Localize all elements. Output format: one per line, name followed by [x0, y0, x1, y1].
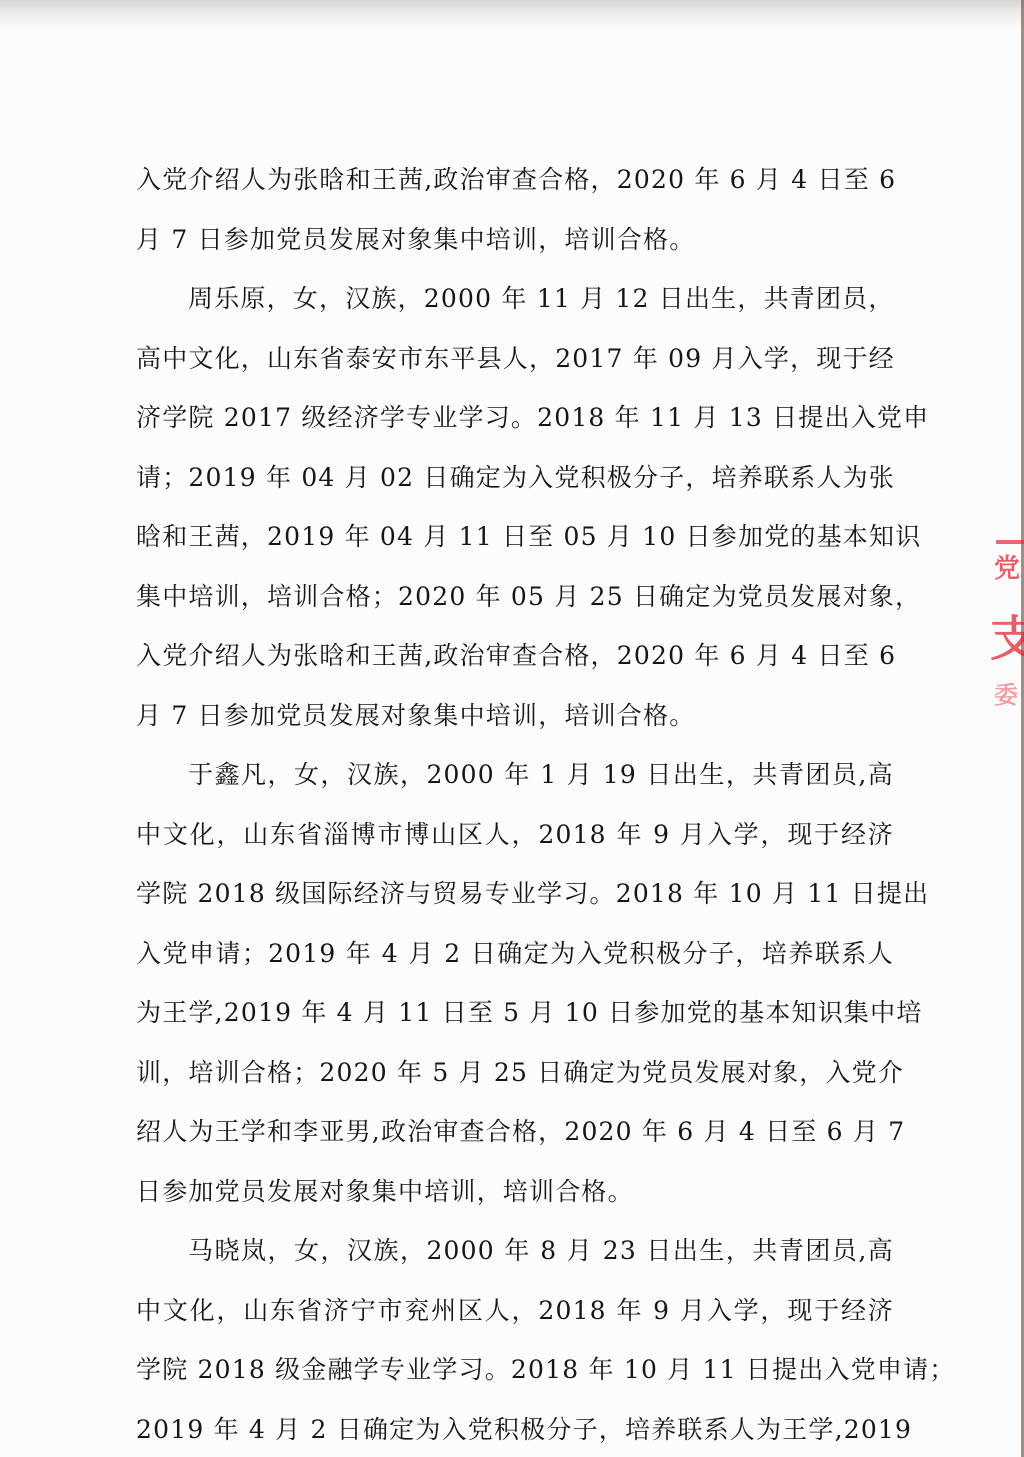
- text-line: 晗和王茜，2019 年 04 月 11 日至 05 月 10 日参加党的基本知识: [136, 507, 894, 567]
- text-line: 月 7 日参加党员发展对象集中培训，培训合格。: [136, 686, 894, 746]
- text-line: 入党介绍人为张晗和王茜,政治审查合格，2020 年 6 月 4 日至 6: [136, 150, 894, 210]
- text-line: 高中文化，山东省泰安市东平县人，2017 年 09 月入学，现于经: [136, 329, 894, 389]
- scan-top-shadow: [0, 0, 1024, 30]
- text-line: 集中培训，培训合格；2020 年 05 月 25 日确定为党员发展对象，: [136, 567, 894, 627]
- red-seal-stamp: 党 支 委: [990, 540, 1024, 720]
- text-line: 济学院 2017 级经济学专业学习。2018 年 11 月 13 日提出入党申: [136, 388, 894, 448]
- text-line: 学院 2018 级金融学专业学习。2018 年 10 月 11 日提出入党申请；: [136, 1340, 894, 1400]
- text-line: 日参加党员发展对象集中培训，培训合格。: [136, 1162, 894, 1222]
- paragraph-start-line: 马晓岚，女，汉族，2000 年 8 月 23 日出生，共青团员,高: [136, 1221, 894, 1281]
- paragraph-start-line: 于鑫凡，女，汉族，2000 年 1 月 19 日出生，共青团员,高: [136, 745, 894, 805]
- text-line: 中文化，山东省济宁市兖州区人，2018 年 9 月入学，现于经济: [136, 1281, 894, 1341]
- stamp-char: 支: [990, 600, 1024, 669]
- text-line: 入党申请；2019 年 4 月 2 日确定为入党积极分子，培养联系人: [136, 924, 894, 984]
- text-line: 入党介绍人为张晗和王茜,政治审查合格，2020 年 6 月 4 日至 6: [136, 626, 894, 686]
- text-line: 中文化，山东省淄博市博山区人，2018 年 9 月入学，现于经济: [136, 805, 894, 865]
- text-line: 月 7 日参加党员发展对象集中培训，培训合格。: [136, 210, 894, 270]
- text-line: 为王学,2019 年 4 月 11 日至 5 月 10 日参加党的基本知识集中培: [136, 983, 894, 1043]
- text-line: 2019 年 4 月 2 日确定为入党积极分子，培养联系人为王学,2019: [136, 1400, 894, 1457]
- stamp-border: [996, 540, 1024, 544]
- document-page: 入党介绍人为张晗和王茜,政治审查合格，2020 年 6 月 4 日至 6 月 7…: [136, 150, 894, 1457]
- paragraph-start-line: 周乐原，女，汉族，2000 年 11 月 12 日出生，共青团员，: [136, 269, 894, 329]
- text-line: 绍人为王学和李亚男,政治审查合格，2020 年 6 月 4 日至 6 月 7: [136, 1102, 894, 1162]
- stamp-char: 委: [994, 675, 1018, 710]
- text-line: 请；2019 年 04 月 02 日确定为入党积极分子，培养联系人为张: [136, 448, 894, 508]
- text-line: 学院 2018 级国际经济与贸易专业学习。2018 年 10 月 11 日提出: [136, 864, 894, 924]
- stamp-char: 党: [994, 548, 1020, 585]
- text-line: 训，培训合格；2020 年 5 月 25 日确定为党员发展对象，入党介: [136, 1043, 894, 1103]
